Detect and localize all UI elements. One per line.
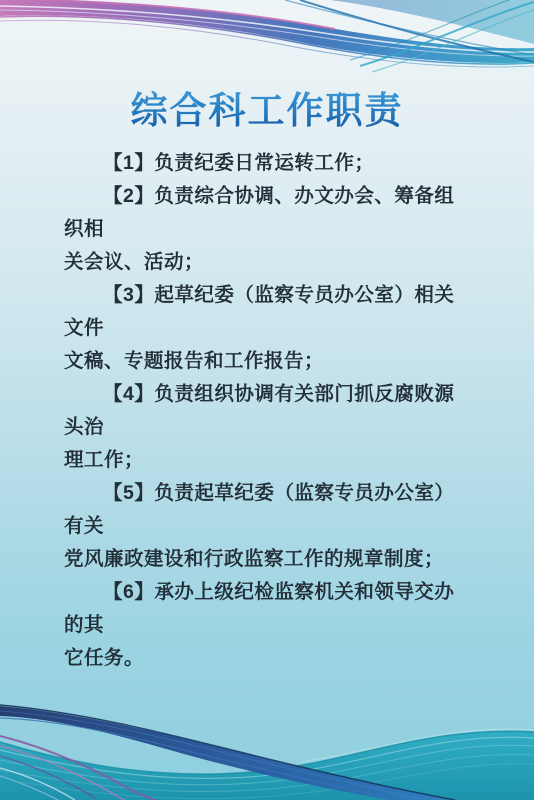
duty-item-1: 【1】负责纪委日常运转工作； xyxy=(64,147,472,180)
duty-item-2: 【2】负责综合协调、办文办会、筹备组织相 关会议、活动； xyxy=(64,180,472,279)
duty-line: 理工作； xyxy=(64,444,472,477)
duty-line: 党风廉政建设和行政监察工作的规章制度； xyxy=(64,543,472,576)
duty-line: 它任务。 xyxy=(64,642,472,675)
duty-line: 【4】负责组织协调有关部门抓反腐败源头治 xyxy=(64,378,472,444)
duty-line: 【2】负责综合协调、办文办会、筹备组织相 xyxy=(64,180,472,246)
duty-item-6: 【6】承办上级纪检监察机关和领导交办的其 它任务。 xyxy=(64,576,472,675)
duty-item-5: 【5】负责起草纪委（监察专员办公室）有关 党风廉政建设和行政监察工作的规章制度； xyxy=(64,477,472,576)
duty-line: 【5】负责起草纪委（监察专员办公室）有关 xyxy=(64,477,472,543)
duty-poster: 综合科工作职责 【1】负责纪委日常运转工作； 【2】负责综合协调、办文办会、筹备… xyxy=(0,0,534,800)
poster-title: 综合科工作职责 xyxy=(0,80,534,134)
duty-line: 文稿、专题报告和工作报告； xyxy=(64,345,472,378)
duty-list: 【1】负责纪委日常运转工作； 【2】负责综合协调、办文办会、筹备组织相 关会议、… xyxy=(64,147,472,675)
duty-line: 关会议、活动； xyxy=(64,246,472,279)
duty-line: 【6】承办上级纪检监察机关和领导交办的其 xyxy=(64,576,472,642)
duty-line: 【1】负责纪委日常运转工作； xyxy=(64,147,472,180)
duty-item-3: 【3】起草纪委（监察专员办公室）相关文件 文稿、专题报告和工作报告； xyxy=(64,279,472,378)
duty-item-4: 【4】负责组织协调有关部门抓反腐败源头治 理工作； xyxy=(64,378,472,477)
duty-line: 【3】起草纪委（监察专员办公室）相关文件 xyxy=(64,279,472,345)
